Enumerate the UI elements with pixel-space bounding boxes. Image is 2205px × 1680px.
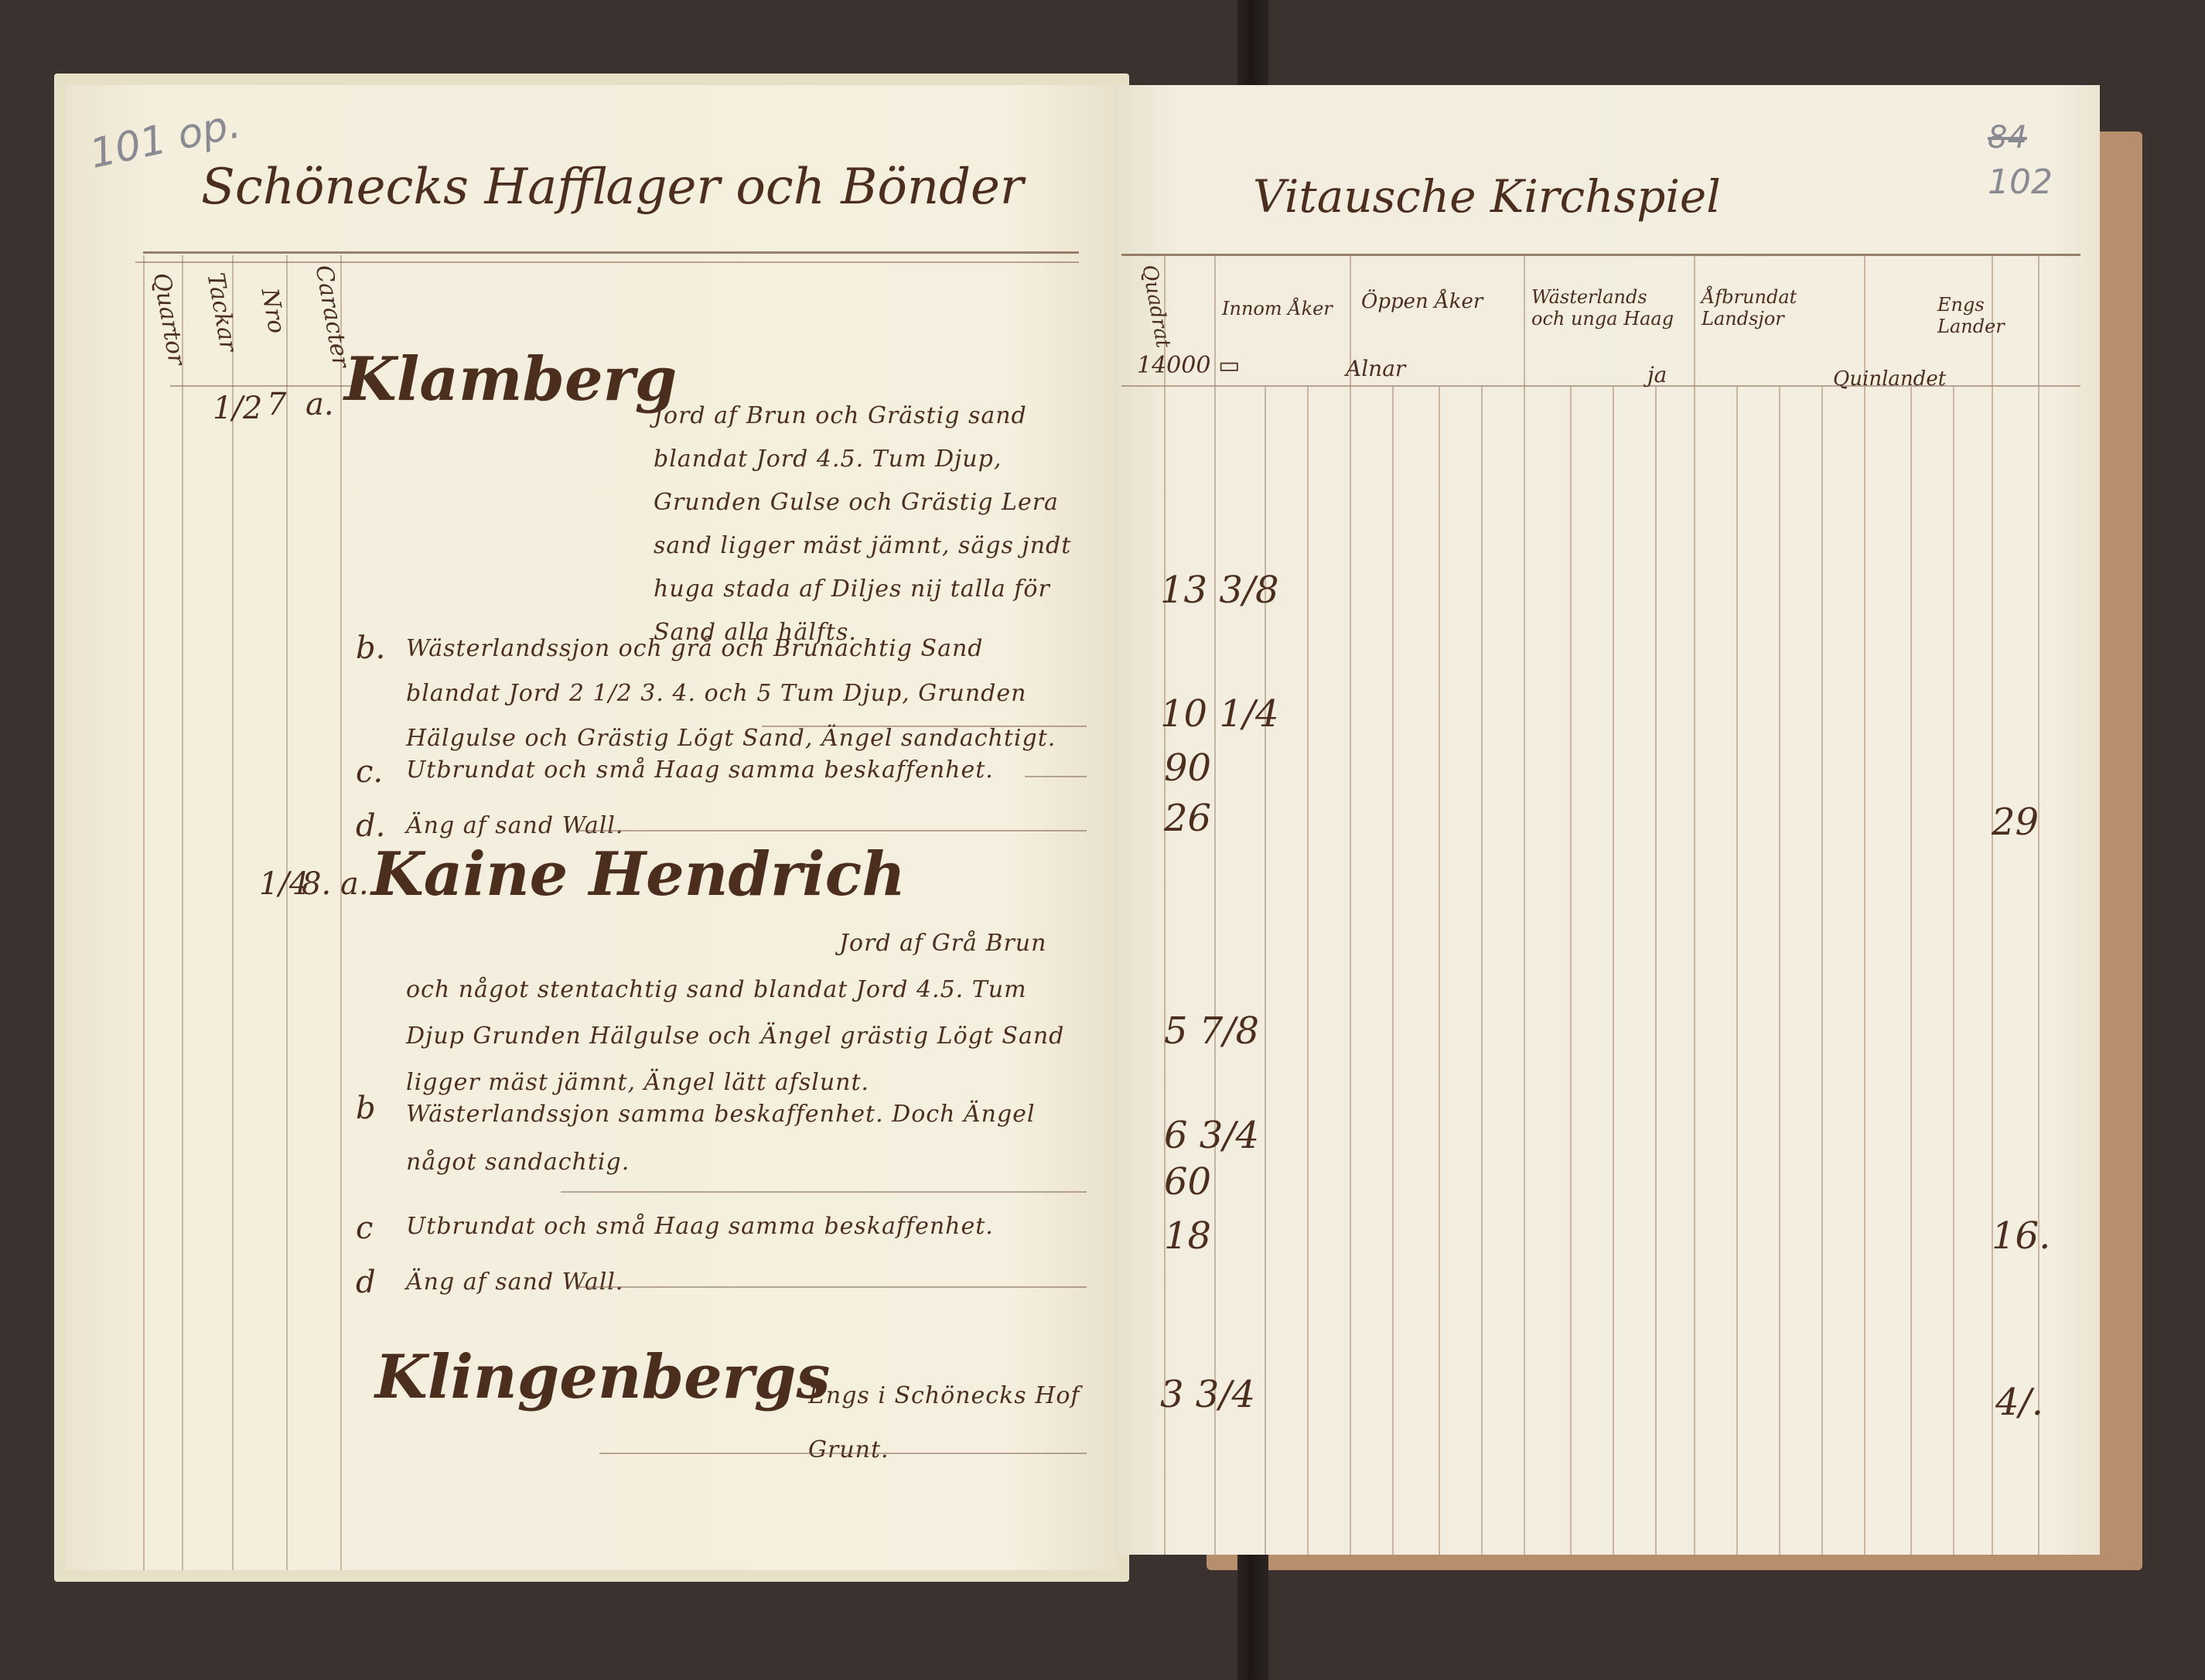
column-header-westerlands: Wästerlands och unga Haag <box>1531 286 1686 330</box>
value-entry2-d: 18 <box>1164 1214 1211 1258</box>
value-entry2-c: 60 <box>1164 1160 1211 1204</box>
part-description: Äng af sand Wall. <box>406 1269 623 1296</box>
value-entry1-a: 13 3/8 <box>1160 569 1279 612</box>
page-title: Schönecks Hafflager och Bönder <box>201 159 1024 216</box>
ruling <box>232 255 234 1570</box>
ruling <box>1953 387 1954 1555</box>
ruling <box>1613 387 1614 1555</box>
ruling <box>2038 255 2039 1555</box>
farm-name-klamberg: Klamberg <box>344 344 677 415</box>
column-header-quartor: Quartor <box>148 271 190 367</box>
column-header-engs: Engs Lander <box>1937 294 2030 337</box>
ruling <box>1821 387 1823 1555</box>
ruling <box>340 255 342 1570</box>
part-letter: c. <box>356 754 383 790</box>
ruling <box>1164 255 1166 1555</box>
ruling <box>1779 387 1780 1555</box>
subheader-alnar: Alnar <box>1346 356 1405 381</box>
entry-quartor: 1/2 <box>213 391 262 426</box>
subheader-quadrat: 14000 ▭ <box>1137 352 1240 379</box>
left-page: 101 op. Schönecks Hafflager och Bönder Q… <box>66 85 1118 1570</box>
part-description: Wästerlandssjon och grå och Brunachtig S… <box>406 627 1079 761</box>
column-header-oppen-aker: Öppen Åker <box>1361 290 1483 313</box>
header-rule <box>135 261 1079 263</box>
ruling <box>1265 387 1266 1555</box>
value-entry2-a: 5 7/8 <box>1164 1009 1259 1053</box>
column-header-quadrat: Quadrat <box>1137 263 1174 350</box>
ruling <box>1524 255 1525 1555</box>
part-letter: a. <box>305 387 334 422</box>
ruling <box>1392 387 1394 1555</box>
line-filler <box>762 726 1087 727</box>
column-header-tackar: Tackar <box>202 271 242 353</box>
part-description: Jord af Brun och Grästig sand blandat Jo… <box>654 394 1118 654</box>
entry-number: 7 <box>267 387 286 422</box>
part-letter: b <box>356 1091 376 1126</box>
ruling <box>1350 255 1351 1555</box>
part-description: Utbrundat och små Haag samma beskaffenhe… <box>406 1213 994 1240</box>
ruling <box>1439 387 1440 1555</box>
pencil-folio: 102 <box>1988 162 2053 202</box>
ruling <box>182 255 183 1570</box>
ruling <box>1481 387 1483 1555</box>
value-entry1-b: 10 1/4 <box>1160 692 1279 736</box>
subheader-ja: ja <box>1647 362 1667 388</box>
column-header-nro: Nro <box>256 286 291 336</box>
column-header-afbrundat: Åfbrundat Landsjor <box>1702 286 1856 330</box>
value-entry1-d: 26 <box>1164 797 1211 840</box>
ruling <box>143 255 145 1570</box>
part-letter: a. <box>340 866 369 902</box>
eng-value-entry3: 4/. <box>1995 1381 2043 1424</box>
eng-value-entry1: 29 <box>1992 801 2039 844</box>
value-entry3: 3 3/4 <box>1160 1373 1255 1416</box>
part-description: Utbrundat och små Haag samma beskaffenhe… <box>406 756 994 784</box>
ruling <box>1655 387 1657 1555</box>
farm-name-kaine-hendrich: Kaine Hendrich <box>371 839 906 910</box>
ruling <box>1570 387 1572 1555</box>
part-letter: c <box>356 1210 373 1246</box>
line-filler <box>599 1453 1087 1454</box>
value-entry2-b: 6 3/4 <box>1164 1114 1259 1157</box>
ruling <box>1864 255 1865 1555</box>
ruling <box>286 255 288 1570</box>
header-rule <box>1121 254 2080 256</box>
value-entry1-c: 90 <box>1164 746 1211 790</box>
line-filler <box>576 1286 1087 1288</box>
entry-description: Engs i Schönecks Hof Grunt. <box>808 1369 1102 1477</box>
line-filler <box>576 830 1087 831</box>
farm-name-klingenbergs: Klingenbergs <box>375 1342 830 1412</box>
ruling <box>1910 387 1912 1555</box>
page-title: Vitausche Kirchspiel <box>1253 170 1721 223</box>
header-rule <box>143 251 1079 254</box>
part-description: Jord af Grå Brun och något stentachtig s… <box>406 920 1087 1106</box>
ruling <box>1992 255 1993 1555</box>
line-filler <box>561 1191 1087 1193</box>
ruling <box>1736 387 1738 1555</box>
line-filler <box>1025 776 1087 777</box>
part-description: Äng af sand Wall. <box>406 812 623 839</box>
entry-number: 8. <box>302 866 331 902</box>
right-page: 84 102 Vitausche Kirchspiel Quadrat Inno… <box>1114 85 2100 1555</box>
ruling <box>1694 255 1695 1555</box>
ruling <box>1214 255 1216 1555</box>
pencil-folio-struck: 84 <box>1988 120 2027 155</box>
eng-value-entry2: 16. <box>1992 1214 2050 1258</box>
part-description: Wästerlandssjon samma beskaffenhet. Doch… <box>406 1091 1087 1187</box>
subheader-quinlandet: Quinlandet <box>1833 367 1946 391</box>
part-letter: b. <box>356 630 385 666</box>
part-letter: d <box>356 1265 376 1300</box>
ruling <box>1307 387 1309 1555</box>
column-header-innom-aker: Innom Åker <box>1222 298 1333 319</box>
